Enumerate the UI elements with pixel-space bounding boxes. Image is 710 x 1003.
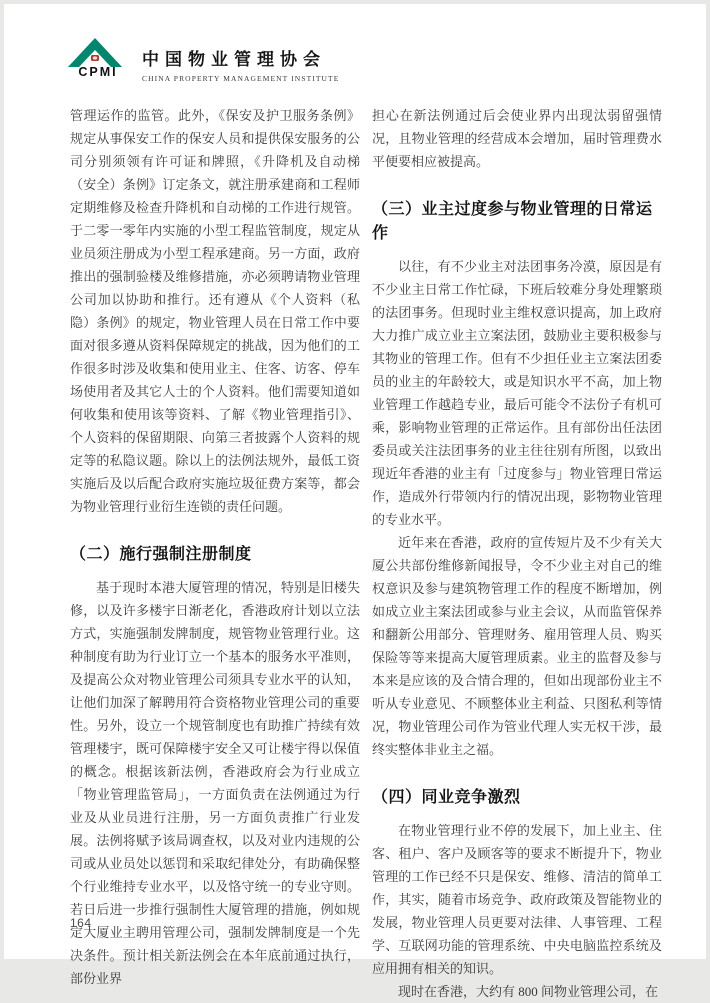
left-column: 管理运作的监管。此外，《保安及护卫服务条例》规定从事保安工作的保安人员和提供保安…: [70, 104, 360, 1003]
logo-acronym: CPMI: [70, 65, 126, 79]
section-heading: （二）施行强制注册制度: [70, 543, 360, 567]
cpmi-logo: CPMI: [66, 36, 126, 84]
page-number: 164: [70, 916, 92, 930]
body-paragraph: 以往，有不少业主对法团事务冷漠，原因是有不少业主日常工作忙碌，下班后较难分身处理…: [372, 255, 662, 531]
body-paragraph: 担心在新法例通过后会使业界内出现汰弱留强情况，且物业管理的经营成本会增加，届时管…: [372, 104, 662, 173]
document-page: CPMI 中国物业管理协会 CHINA PROPERTY MANAGEMENT …: [4, 4, 706, 959]
page-header: CPMI 中国物业管理协会 CHINA PROPERTY MANAGEMENT …: [66, 36, 339, 88]
body-paragraph: 现时在香港，大约有 800 间物业管理公司，在: [372, 980, 662, 1003]
section-heading: （三）业主过度参与物业管理的日常运作: [372, 198, 662, 246]
two-column-body: 管理运作的监管。此外，《保安及护卫服务条例》规定从事保安工作的保安人员和提供保安…: [70, 104, 662, 1003]
org-titles: 中国物业管理协会 CHINA PROPERTY MANAGEMENT INSTI…: [142, 36, 339, 83]
body-paragraph: 基于现时本港大厦管理的情况，特别是旧楼失修，以及许多楼宇日渐老化，香港政府计划以…: [70, 576, 360, 990]
right-column: 担心在新法例通过后会使业界内出现汰弱留强情况，且物业管理的经营成本会增加，届时管…: [372, 104, 662, 1003]
body-paragraph: 管理运作的监管。此外，《保安及护卫服务条例》规定从事保安工作的保安人员和提供保安…: [70, 104, 360, 518]
org-name-english: CHINA PROPERTY MANAGEMENT INSTITUTE: [142, 74, 339, 83]
org-name-chinese: 中国物业管理协会: [142, 45, 339, 70]
body-paragraph: 在物业管理行业不停的发展下，加上业主、住客、租户、客户及顾客等的要求不断提升下，…: [372, 819, 662, 980]
section-heading: （四）同业竞争激烈: [372, 786, 662, 810]
body-paragraph: 近年来在香港，政府的宣传短片及不少有关大厦公共部份维修新闻报导，令不少业主对自己…: [372, 531, 662, 761]
